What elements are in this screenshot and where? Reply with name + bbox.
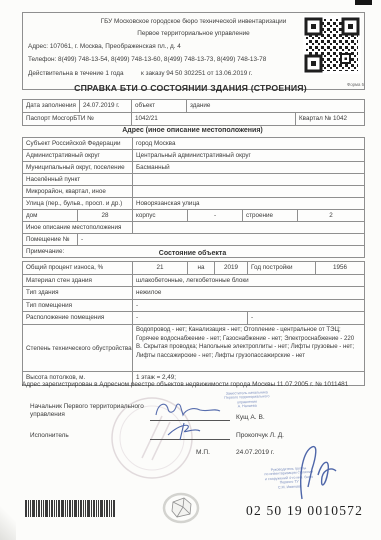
- premise-number-label: Помещение №: [23, 234, 78, 245]
- header-box: ГБУ Московское городское бюро техническо…: [22, 12, 365, 90]
- premise-type-value: -: [133, 300, 364, 312]
- object-label: объект: [132, 100, 187, 112]
- subject-value: город Москва: [133, 138, 364, 149]
- microdistrict-label: Микрорайон, квартал, иное: [23, 186, 133, 197]
- table-row: Общий процент износа, % 21 на 2019 Год п…: [23, 262, 364, 274]
- korpus-label: корпус: [133, 210, 188, 221]
- table-row: Тип помещения -: [23, 299, 364, 312]
- chief-title: Начальник Первого территориального управ…: [30, 403, 150, 418]
- condition-section-heading: Состояние объекта: [22, 250, 363, 257]
- passport-label: Паспорт МосгорБТИ №: [23, 113, 132, 125]
- utilities-value: Водопровод - нет; Канализация - нет; Ото…: [133, 325, 364, 371]
- org-phones: Телефон: 8(499) 748-13-54, 8(499) 748-13…: [28, 56, 266, 64]
- table-row: Административный округ Центральный админ…: [23, 149, 364, 161]
- validity-text: Действительна в течение 1 года: [28, 70, 124, 78]
- wear-label: Общий процент износа, %: [23, 262, 133, 274]
- premise-location-label: Расположение помещения: [23, 312, 133, 324]
- table-row: Иное описание местоположения: [23, 221, 364, 233]
- stroenie-value: 2: [298, 210, 364, 221]
- table-row: Субъект Российской Федерации город Москв…: [23, 138, 364, 149]
- premise-number-value: -: [78, 234, 364, 245]
- scan-corner-mark: [355, 0, 372, 5]
- street-value: Новорязанская улица: [133, 198, 364, 209]
- address-section-heading: Адрес (иное описание местоположения): [22, 127, 363, 134]
- settlement-value: [133, 174, 364, 185]
- passport-value: 1042/21: [132, 113, 296, 125]
- qr-code-icon: [303, 16, 361, 74]
- other-location-value: [133, 222, 364, 233]
- info-table: Дата заполнения 24.07.2019 г. объект зда…: [22, 99, 365, 126]
- table-row: Тип здания нежилое: [23, 286, 364, 299]
- table-row: Населённый пункт: [23, 173, 364, 185]
- chief-name: Кущ А. В.: [236, 414, 265, 421]
- executor-title: Исполнитель: [30, 432, 69, 440]
- built-year-value: 1956: [316, 262, 364, 274]
- district-label: Административный округ: [23, 150, 133, 161]
- executor-name: Прокопчук Л. Д.: [236, 432, 284, 439]
- built-year-label: Год постройки: [248, 262, 316, 274]
- premise-location-value1: -: [133, 312, 248, 324]
- address-table: Субъект Российской Федерации город Москв…: [22, 137, 365, 258]
- table-row: Паспорт МосгорБТИ № 1042/21 Квартал № 10…: [23, 112, 364, 125]
- utilities-label: Степень технического обустройства: [23, 325, 133, 371]
- condition-table: Общий процент износа, % 21 на 2019 Год п…: [22, 261, 365, 386]
- table-row: дом 28 корпус - строение 2: [23, 209, 364, 221]
- stroenie-label: строение: [243, 210, 298, 221]
- wear-year: 2019: [215, 262, 248, 274]
- table-row: Материал стен здания шлакобетонные, легк…: [23, 274, 364, 287]
- wall-material-value: шлакобетонные, легкобетонные блоки: [133, 275, 364, 287]
- executor-signature-icon: [160, 421, 220, 446]
- korpus-value: -: [188, 210, 243, 221]
- seal-place-label: М.П.: [196, 449, 210, 456]
- municipal-value: Басманный: [133, 162, 364, 173]
- emblem-icon: [160, 492, 202, 524]
- house-value: 28: [78, 210, 133, 221]
- wall-material-label: Материал стен здания: [23, 275, 133, 287]
- document-title: СПРАВКА БТИ О СОСТОЯНИИ ЗДАНИЯ (СТРОЕНИЯ…: [0, 83, 381, 93]
- scan-edge-shadow: [0, 506, 16, 540]
- table-row: Микрорайон, квартал, иное: [23, 185, 364, 197]
- building-type-value: нежилое: [133, 287, 364, 299]
- table-row: Расположение помещения - -: [23, 311, 364, 324]
- registry-note: Адрес зарегистрирован в Адресном реестре…: [22, 381, 348, 388]
- order-reference: к заказу 94 50 302251 от 13.06.2019 г.: [141, 70, 252, 78]
- house-label: дом: [23, 210, 78, 221]
- org-address: Адрес: 107061, г. Москва, Преображенская…: [28, 43, 181, 51]
- subject-label: Субъект Российской Федерации: [23, 138, 133, 149]
- kvartal-value: Квартал № 1042: [296, 113, 364, 125]
- table-row: Улица (пер., бульв., просп. и др.) Новор…: [23, 197, 364, 209]
- premise-type-label: Тип помещения: [23, 300, 133, 312]
- other-location-label: Иное описание местоположения: [23, 222, 133, 233]
- wear-value: 21: [133, 262, 188, 274]
- object-value: здание: [187, 100, 364, 112]
- street-label: Улица (пер., бульв., просп. и др.): [23, 198, 133, 209]
- table-row: Степень технического обустройства Водопр…: [23, 324, 364, 371]
- signature-date: 24.07.2019 г.: [236, 449, 274, 456]
- building-type-label: Тип здания: [23, 287, 133, 299]
- premise-location-value2: -: [248, 312, 364, 324]
- registrar-signature-icon: [288, 441, 342, 510]
- settlement-label: Населённый пункт: [23, 174, 133, 185]
- municipal-label: Муниципальный округ, поселение: [23, 162, 133, 173]
- bti-certificate-page: ГБУ Московское городское бюро техническо…: [0, 0, 381, 540]
- fill-date-value: 24.07.2019 г.: [80, 100, 132, 112]
- barcode-icon: [25, 500, 115, 517]
- table-row: Дата заполнения 24.07.2019 г. объект зда…: [23, 100, 364, 112]
- microdistrict-value: [133, 186, 364, 197]
- document-number: 02 50 19 0010572: [246, 503, 363, 519]
- fill-date-label: Дата заполнения: [23, 100, 80, 112]
- table-row: Помещение № -: [23, 233, 364, 245]
- district-value: Центральный административный округ: [133, 150, 364, 161]
- wear-on-label: на: [188, 262, 215, 274]
- table-row: Муниципальный округ, поселение Басманный: [23, 161, 364, 173]
